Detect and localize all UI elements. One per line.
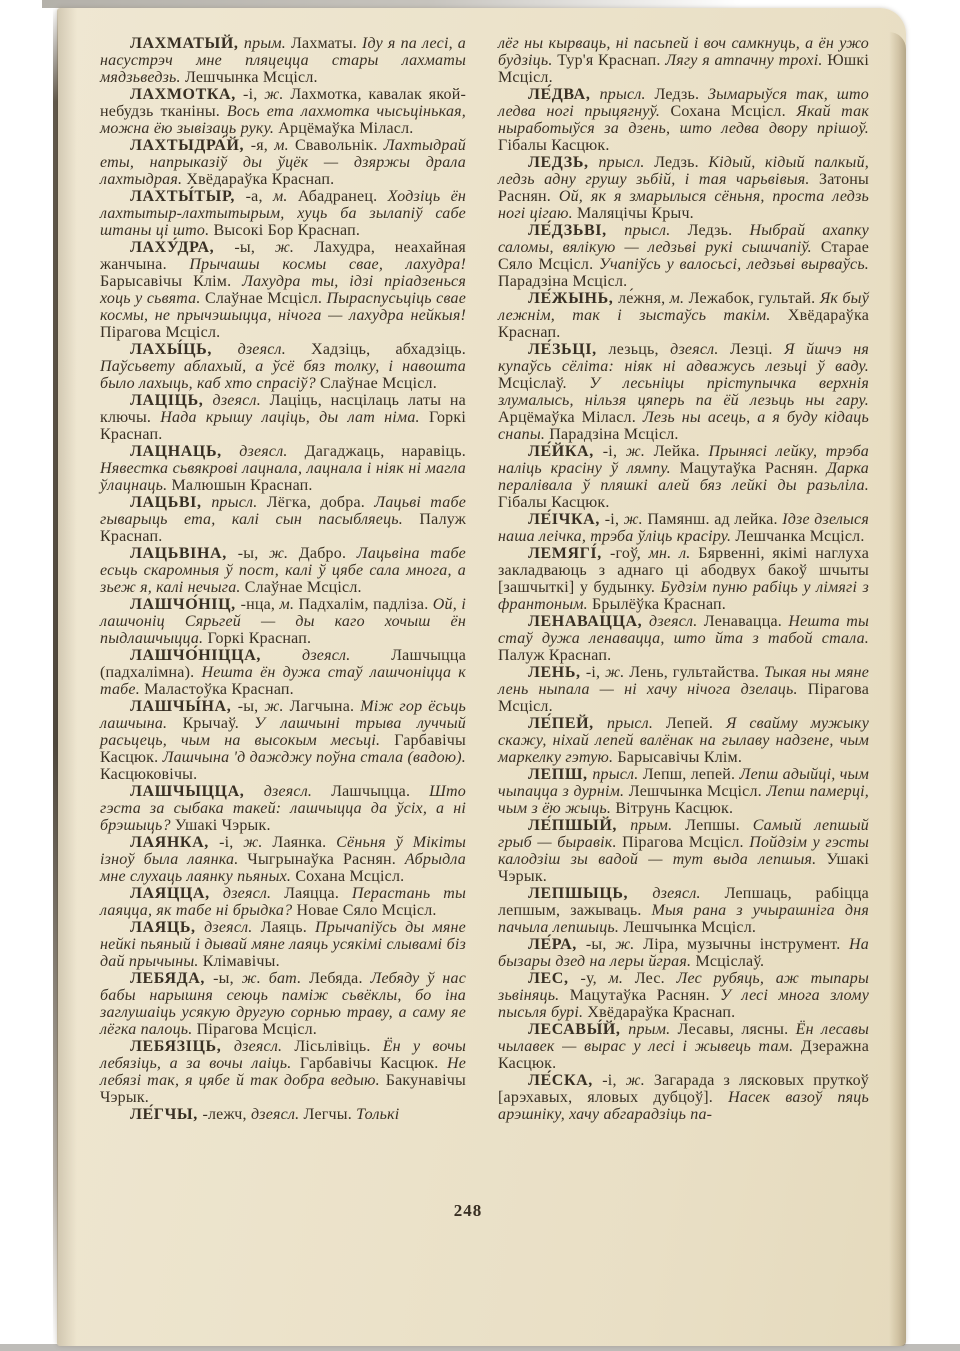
plain-text: Горкі Краснап.: [207, 630, 311, 647]
headword: ЛЕПШЫЦЬ,: [528, 885, 652, 902]
plain-text: -і,: [219, 834, 243, 851]
plain-text: Арцёмаўка Міласл.: [278, 120, 413, 137]
plain-text: Новае Сяло Мсцісл.: [296, 902, 436, 919]
italic-text: ж.: [264, 698, 289, 715]
italic-text: м.: [280, 596, 299, 613]
dictionary-entry: ЛАШЧЫ́НА, -ы, ж. Лагчына. Між гор ёсьць …: [100, 698, 466, 783]
plain-text: Вітрунь Касцюк.: [615, 800, 733, 817]
plain-text: -я,: [251, 137, 274, 154]
plain-text: Падхалім, падліза.: [299, 596, 433, 613]
headword: ЛАШЧО́НІЦ,: [130, 596, 241, 613]
plain-text: Пірагова Мсцісл.: [622, 834, 749, 851]
italic-text: Толькі: [356, 1106, 399, 1123]
plain-text: Слаўнае Мсцісл.: [205, 290, 327, 307]
headword: ЛЕ́ЙКА,: [528, 443, 603, 460]
plain-text: Лісьлівіць.: [294, 1038, 382, 1055]
plain-text: Ледзь.: [688, 222, 750, 239]
plain-text: Лейка.: [654, 443, 709, 460]
headword: ЛАХМОТКА,: [130, 86, 243, 103]
dictionary-entry: ЛЕПШЫЦЬ, дзеясл. Лепшаць, рабіцца лепшым…: [498, 885, 869, 936]
headword: ЛАШЧО́НІЦЦА,: [130, 647, 302, 664]
plain-text: Пірагова Мсцісл.: [100, 324, 220, 341]
headword: ЛАХТЫДРА́Й,: [130, 137, 251, 154]
plain-text: Лезці.: [730, 341, 784, 358]
dictionary-entry: ЛАХМОТКА, -і, ж. Лахмотка, кавалак якой-…: [100, 86, 466, 137]
plain-text: Маляцічы Крыч.: [577, 205, 694, 222]
plain-text: Лешчынка Мсцісл.: [629, 783, 767, 800]
headword: ЛЕ́ІЧКА,: [528, 511, 605, 528]
italic-text: ж. бат.: [242, 970, 309, 987]
plain-text: -гоў,: [610, 545, 649, 562]
headword: ЛЕНАВАЦЦА,: [528, 613, 649, 630]
dictionary-entry: ЛЕСАВЫ́Й, прым. Лесавы, лясны. Ён лесавы…: [498, 1021, 869, 1072]
plain-text: Лепш, лепей.: [643, 766, 740, 783]
plain-text: Лес.: [635, 970, 677, 987]
dictionary-entry: ЛЕС, -у, м. Лес. Лес рубяць, аж тыпары з…: [498, 970, 869, 1021]
plain-text: Слаўнае Мсцісл.: [320, 375, 437, 392]
plain-text: Чыгрынаўка Раснян.: [247, 851, 405, 868]
italic-text: м.: [273, 188, 298, 205]
plain-text: Мсціслаў.: [695, 953, 764, 970]
plain-text: Лешчынка Мсцісл.: [623, 919, 756, 936]
italic-text: прысл.: [607, 715, 666, 732]
headword: ЛЕНЬ,: [528, 664, 586, 681]
plain-text: Лаянка.: [272, 834, 336, 851]
plain-text: Памянш. ад лейка.: [647, 511, 782, 528]
italic-text: Прычашы космы свае, лахудра!: [189, 256, 466, 273]
headword: ЛЕМЯГІ́,: [528, 545, 610, 562]
plain-text: Слаўнае Мсцісл.: [245, 579, 362, 596]
plain-text: Лаяцца.: [284, 885, 352, 902]
plain-text: Лаяць.: [261, 919, 315, 936]
plain-text: Свавольнік.: [295, 137, 384, 154]
dictionary-entry: ЛЕ́ГЧЫ, -лежч, дзеясл. Легчы. Толькі: [100, 1106, 466, 1123]
plain-text: Лашчыцца.: [331, 783, 429, 800]
headword: ЛАШЧЫ́НА,: [130, 698, 238, 715]
plain-text: -а,: [246, 188, 273, 205]
headword: ЛЕБЯЗІЦЬ,: [130, 1038, 234, 1055]
plain-text: -ы,: [586, 936, 615, 953]
plain-text: Лепей.: [666, 715, 726, 732]
headword: ЛАЦНАЦЬ,: [130, 443, 239, 460]
page-scan: ЛАХМАТЫЙ, прым. Лахматы. Іду я па лесі, …: [57, 8, 906, 1346]
italic-text: дзеясл.: [649, 613, 704, 630]
dictionary-entry: ЛЕПШ, прысл. Лепш, лепей. Лепш адыйці, ч…: [498, 766, 869, 817]
italic-text: м.: [274, 137, 295, 154]
headword: ЛАШЧЫЦЦА,: [130, 783, 264, 800]
plain-text: -і,: [586, 664, 605, 681]
plain-text: Абадранец.: [298, 188, 388, 205]
plain-text: Арцёмаўка Міласл.: [498, 409, 643, 426]
headword: ЛЕ́РА,: [528, 936, 586, 953]
plain-text: лезьць,: [609, 341, 671, 358]
dictionary-entry: ЛАШЧО́НІЦЦА, дзеясл. Лашчыцца (падхалімн…: [100, 647, 466, 698]
italic-text: прысл.: [211, 494, 266, 511]
plain-text: Лёгка, добра.: [267, 494, 375, 511]
italic-text: дзеясл.: [223, 885, 284, 902]
dictionary-entry: ЛЕБЯЗІЦЬ, дзеясл. Лісьлівіць. Ён у вочы …: [100, 1038, 466, 1106]
headword: ЛАЯНКА,: [130, 834, 219, 851]
italic-text: ж.: [275, 239, 314, 256]
plain-text: Сохана Мсцісл.: [671, 103, 797, 120]
italic-text: дзеясл.: [204, 919, 260, 936]
headword: ЛЕ́ЗЬЦІ,: [528, 341, 609, 358]
plain-text: Парадзіна Мсцісл.: [549, 426, 678, 443]
plain-text: -і,: [602, 1072, 625, 1089]
italic-text: ж.: [605, 664, 629, 681]
italic-text: ж.: [269, 545, 299, 562]
dictionary-entry: ЛАШЧЫЦЦА, дзеясл. Лашчыцца. Што гэста за…: [100, 783, 466, 834]
italic-text: прым.: [630, 817, 685, 834]
dictionary-entry: ЛЕБЯДА, -ы, ж. бат. Лебяда. Лебяду ў нас…: [100, 970, 466, 1038]
headword: ЛАХМАТЫЙ,: [130, 35, 244, 52]
plain-text: Легчы.: [304, 1106, 357, 1123]
dictionary-entry: ЛЕ́ІЧКА, -і, ж. Памянш. ад лейка. Ідзе д…: [498, 511, 869, 545]
plain-text: Дагаджаць, наравіць.: [305, 443, 466, 460]
italic-text: дзеясл.: [264, 783, 331, 800]
plain-text: Гарбавічы Касцюк.: [300, 1055, 447, 1072]
headword: ЛАХУ́ДРА,: [130, 239, 234, 256]
headword: ЛЕ́ГЧЫ,: [130, 1106, 202, 1123]
italic-text: дзеясл.: [238, 341, 312, 358]
plain-text: Мсціслаў.: [498, 375, 589, 392]
dictionary-entry: ЛЕ́ЙКА, -і, ж. Лейка. Прынясі лейку, трэ…: [498, 443, 869, 511]
dictionary-entry: ЛАШЧО́НІЦ, -нца, м. Падхалім, падліза. О…: [100, 596, 466, 647]
headword: ЛАХТЫ́ТЫР,: [130, 188, 246, 205]
dictionary-entry: ЛЕ́ДЗЬВІ, прысл. Ледзь. Ныбрай ахапку са…: [498, 222, 869, 290]
plain-text: -і,: [605, 511, 624, 528]
plain-text: Парадзіна Мсцісл.: [498, 273, 627, 290]
plain-text: Барысавічы Клім.: [100, 273, 242, 290]
headword: ЛАЦІЦЬ,: [130, 392, 213, 409]
italic-text: ж.: [626, 1072, 654, 1089]
italic-text: прым.: [244, 35, 291, 52]
plain-text: Маластоўка Краснап.: [144, 681, 294, 698]
dictionary-entry: ЛЕ́ЗЬЦІ, лезьць, дзеясл. Лезці. Я йшчэ н…: [498, 341, 869, 443]
plain-text: ле́жня,: [618, 290, 670, 307]
headword: ЛАЦЬВІНА,: [130, 545, 238, 562]
headword: ЛАЯЦЦА,: [130, 885, 223, 902]
plain-text: Дабро.: [299, 545, 357, 562]
italic-text: дзеясл.: [670, 341, 730, 358]
column-right: лёг ны кырваць, ні пасьпей і воч самкнуц…: [498, 35, 869, 1123]
plain-text: -нца,: [241, 596, 280, 613]
plain-text: Хвёдараўка Краснап.: [186, 171, 334, 188]
plain-text: Ліра, музычны інструмент.: [643, 936, 849, 953]
scanner-edge-top: [42, 0, 742, 8]
italic-text: м.: [608, 970, 634, 987]
plain-text: Крычаў.: [183, 715, 255, 732]
plain-text: -і,: [603, 443, 626, 460]
plain-text: Пірагова Мсцісл.: [197, 1021, 317, 1038]
headword: ЛАХЫ́ЦЬ,: [130, 341, 238, 358]
plain-text: -у,: [581, 970, 609, 987]
italic-text: прысл.: [600, 86, 655, 103]
italic-text: ж.: [615, 936, 643, 953]
italic-text: ж.: [264, 86, 290, 103]
dictionary-entry: ЛЕНЬ, -і, ж. Лень, гультайства. Тыкая ны…: [498, 664, 869, 715]
plain-text: Лепшы.: [685, 817, 753, 834]
italic-text: мн. л.: [649, 545, 699, 562]
headword: ЛЕДЗЬ,: [528, 154, 598, 171]
headword: ЛАЯЦЬ,: [130, 919, 204, 936]
dictionary-entry: ЛАХТЫ́ТЫР, -а, м. Абадранец. Ходзіць ён …: [100, 188, 466, 239]
plain-text: Хвёдараўка Краснап.: [587, 1004, 735, 1021]
plain-text: -ы,: [234, 239, 274, 256]
italic-text: дзеясл.: [213, 392, 270, 409]
dictionary-entry: ЛАЯЦЬ, дзеясл. Лаяць. Прычапіўсь ды мяне…: [100, 919, 466, 970]
dictionary-entry: ЛЕДЗЬ, прысл. Ледзь. Кідый, кідый палкый…: [498, 154, 869, 222]
dictionary-entry: ЛАЦЬВІ, прысл. Лёгка, добра. Лацьві табе…: [100, 494, 466, 545]
plain-text: -ы,: [238, 545, 269, 562]
italic-text: дзеясл.: [652, 885, 724, 902]
dictionary-entry: ЛАЦЬВІНА, -ы, ж. Дабро. Лацьвіна табе ес…: [100, 545, 466, 596]
plain-text: Ледзь.: [654, 154, 708, 171]
plain-text: -лежч,: [202, 1106, 251, 1123]
headword: ЛЕ́ПЕЙ,: [528, 715, 607, 732]
italic-text: Лашчына 'д дажджу поўна стала (вадою).: [163, 749, 466, 766]
headword: ЛЕПШ,: [528, 766, 592, 783]
plain-text: -і,: [243, 86, 264, 103]
italic-text: м.: [670, 290, 689, 307]
plain-text: Мацутаўка Раснян.: [680, 460, 827, 477]
plain-text: Лагчына.: [290, 698, 361, 715]
italic-text: прысл.: [592, 766, 642, 783]
italic-text: Лягу я атпачну трохі.: [665, 52, 827, 69]
headword: ЛЕ́ПШЫЙ,: [528, 817, 630, 834]
plain-text: Тур'я Краснап.: [557, 52, 665, 69]
headword: ЛЕ́ЖЫНЬ,: [528, 290, 618, 307]
dictionary-entry: ЛЕ́РА, -ы, ж. Ліра, музычны інструмент. …: [498, 936, 869, 970]
column-left: ЛАХМАТЫЙ, прым. Лахматы. Іду я па лесі, …: [100, 35, 466, 1123]
headword: ЛЕ́ДЗЬВІ,: [528, 222, 624, 239]
headword: ЛЕ́СКА,: [528, 1072, 602, 1089]
plain-text: Высокі Бор Краснап.: [213, 222, 360, 239]
italic-text: дзеясл.: [239, 443, 304, 460]
plain-text: Лешчанка Мсцісл.: [735, 528, 864, 545]
page-number: 248: [428, 1201, 508, 1221]
italic-text: дзеясл.: [234, 1038, 295, 1055]
plain-text: Лебяда.: [309, 970, 370, 987]
plain-text: Малюшын Краснап.: [172, 477, 313, 494]
plain-text: Лешчынка Мсцісл.: [185, 69, 318, 86]
italic-text: дзеясл.: [302, 647, 391, 664]
dictionary-entry: ЛАХТЫДРА́Й, -я, м. Свавольнік. Лахтыдрай…: [100, 137, 466, 188]
plain-text: Ледзь.: [654, 86, 708, 103]
scanned-book-spread: ЛАХМАТЫЙ, прым. Лахматы. Іду я па лесі, …: [0, 0, 960, 1351]
plain-text: Касцюковічы.: [100, 766, 197, 783]
headword: ЛЕСАВЫ́Й,: [528, 1021, 628, 1038]
italic-text: Нада крышу лаціць, ды лат німа.: [160, 409, 429, 426]
headword: ЛЕБЯДА,: [130, 970, 213, 987]
page-edge-right: [889, 32, 906, 1346]
plain-text: Клімавічы.: [203, 953, 280, 970]
italic-text: прым.: [628, 1021, 677, 1038]
plain-text: Гібалы Касцюк.: [498, 137, 610, 154]
dictionary-entry: ЛАХУ́ДРА, -ы, ж. Лахудра, неахайная жанч…: [100, 239, 466, 341]
dictionary-entry: ЛАЯЦЦА, дзеясл. Лаяцца. Перастань ты лая…: [100, 885, 466, 919]
headword: ЛЕС,: [528, 970, 581, 987]
italic-text: ж.: [624, 511, 648, 528]
headword: ЛЕ́ДВА,: [528, 86, 600, 103]
italic-text: прысл.: [598, 154, 654, 171]
dictionary-entry: ЛАХМАТЫЙ, прым. Лахматы. Іду я па лесі, …: [100, 35, 466, 86]
plain-text: -ы,: [238, 698, 265, 715]
plain-text: Ушакі Чэрык.: [175, 817, 271, 834]
italic-text: ж.: [243, 834, 272, 851]
plain-text: Брылёўка Краснап.: [592, 596, 726, 613]
plain-text: Сохана Мсцісл.: [295, 868, 404, 885]
plain-text: Гібалы Касцюк.: [498, 494, 610, 511]
dictionary-entry: ЛАЯНКА, -і, ж. Лаянка. Сёньня ў Мікіты і…: [100, 834, 466, 885]
plain-text: Хадзіць, абхадзіць.: [311, 341, 466, 358]
plain-text: Ленавацца.: [704, 613, 789, 630]
italic-text: прысл.: [624, 222, 687, 239]
dictionary-entry: ЛАХЫ́ЦЬ, дзеясл. Хадзіць, абхадзіць. Паў…: [100, 341, 466, 392]
plain-text: Мацутаўка Раснян.: [570, 987, 720, 1004]
binding-shadow: [53, 8, 58, 1346]
plain-text: Лежабок, гультай.: [689, 290, 820, 307]
dictionary-entry: ЛАЦНАЦЬ, дзеясл. Дагаджаць, наравіць. Ня…: [100, 443, 466, 494]
plain-text: -ы,: [213, 970, 241, 987]
dictionary-entry: ЛЕ́ПЕЙ, прысл. Лепей. Я свайму мужыку ск…: [498, 715, 869, 766]
dictionary-entry: ЛЕМЯГІ́, -гоў, мн. л. Бярвенні, якімі на…: [498, 545, 869, 613]
italic-text: Учапіўсь у валосьсі, ледзьві вырваўсь.: [599, 256, 869, 273]
italic-text: ж.: [626, 443, 654, 460]
entry-continuation: лёг ны кырваць, ні пасьпей і воч самкнуц…: [498, 35, 869, 86]
plain-text: Лесавы, лясны.: [678, 1021, 796, 1038]
plain-text: Палуж Краснап.: [498, 647, 611, 664]
italic-text: дзеясл.: [251, 1106, 304, 1123]
plain-text: Лахматы.: [291, 35, 362, 52]
dictionary-entry: ЛЕ́СКА, -і, ж. Загарада з лясковых прутк…: [498, 1072, 869, 1123]
dictionary-entry: ЛЕ́ЖЫНЬ, ле́жня, м. Лежабок, гультай. Як…: [498, 290, 869, 341]
plain-text: Барысавічы Клім.: [617, 749, 742, 766]
dictionary-entry: ЛАЦІЦЬ, дзеясл. Лаціць, насцілаць латы н…: [100, 392, 466, 443]
dictionary-entry: ЛЕ́ДВА, прысл. Ледзь. Зымарыўся так, што…: [498, 86, 869, 154]
plain-text: Лень, гультайства.: [629, 664, 764, 681]
headword: ЛАЦЬВІ,: [130, 494, 211, 511]
dictionary-entry: ЛЕНАВАЦЦА, дзеясл. Ленавацца. Нешта ты с…: [498, 613, 869, 664]
dictionary-entry: ЛЕ́ПШЫЙ, прым. Лепшы. Самый лепшый грыб …: [498, 817, 869, 885]
